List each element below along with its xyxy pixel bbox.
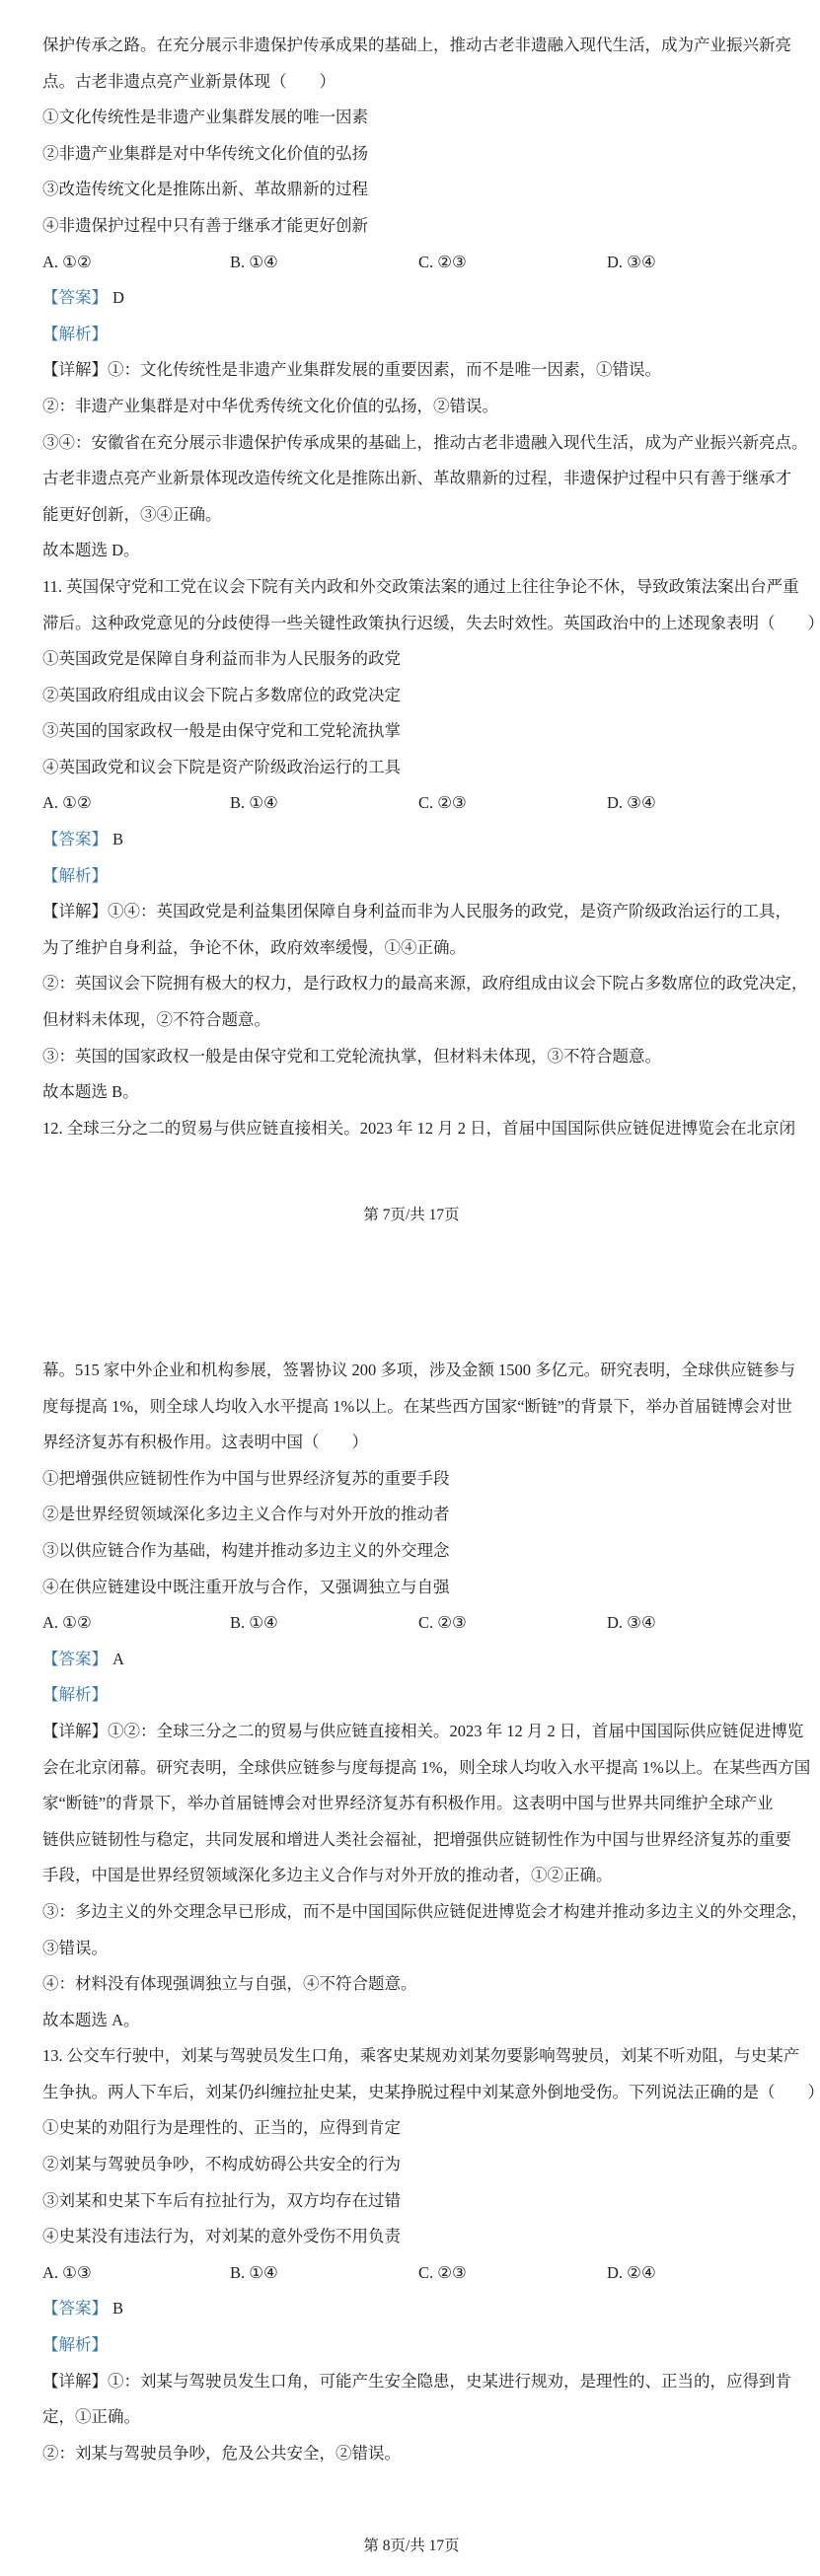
text-line: ③④：安徽省在充分展示非遗保护传承成果的基础上，推动古老非遗融入现代生活，成为产… [42,425,781,462]
text-line: ④史某没有违法行为，对刘某的意外受伤不用负责 [42,2219,781,2255]
text-line: 11. 英国保守党和工党在议会下院有关内政和外交政策法案的通过上往往争论不休，导… [42,569,781,606]
text-line: 【详解】①：刘某与驾驶员发生口角，可能产生安全隐患，史某进行规劝，是理性的、正当… [42,2364,781,2400]
text-line: 界经济复苏有积极作用。这表明中国（ ） [42,1425,781,1461]
text-line: 为了维护自身利益，争论不休，政府效率缓慢，①④正确。 [42,930,781,967]
options-row: A. ①② B. ①④ C. ②③ D. ③④ [42,245,781,281]
text-line: 生争执。两人下车后，刘某仍纠缠拉扯史某，史某挣脱过程中刘某意外倒地受伤。下列说法… [42,2075,781,2111]
option-a: A. ①② [42,1605,230,1642]
page-7: 保护传承之路。在充分展示非遗保护传承成果的基础上，推动古老非遗融入现代生活，成为… [0,0,820,1234]
page-footer: 第 7页/共 17页 [42,1198,781,1234]
analysis-label: 【解析】 [42,325,108,343]
text-line: ②刘某与驾驶员争吵，不构成妨碍公共安全的行为 [42,2147,781,2183]
text-line: ③：多边主义的外交理念早已形成，而不是中国国际供应链促进博览会才构建并推动多边主… [42,1894,781,1931]
option-c: C. ②③ [418,245,607,281]
answer-value: D [112,288,124,307]
text-line: 能更好创新，③④正确。 [42,497,781,534]
text-line: 手段，中国是世界经贸领域深化多边主义合作与对外开放的推动者，①②正确。 [42,1858,781,1894]
text-line: 故本题选 A。 [42,2003,781,2039]
answer-value: A [112,1650,124,1668]
answer-value: B [112,2299,123,2318]
option-b: B. ①④ [230,785,418,822]
answer-line: 【答案】A [42,1642,781,1678]
text-line: ③刘某和史某下车后有拉扯行为，双方均存在过错 [42,2183,781,2220]
option-d: D. ②④ [607,2255,781,2292]
text-line: ②是世界经贸领域深化多边主义合作与对外开放的推动者 [42,1497,781,1533]
answer-label: 【答案】 [42,830,108,848]
text-line: ④：材料没有体现强调独立与自强，④不符合题意。 [42,1966,781,2003]
analysis-line: 【解析】 [42,858,781,895]
text-line: 链供应链韧性与稳定，共同发展和增进人类社会福祉，把增强供应链韧性作为中国与世界经… [42,1822,781,1859]
text-line: ④非遗保护过程中只有善于继承才能更好创新 [42,208,781,245]
document: 保护传承之路。在充分展示非遗保护传承成果的基础上，推动古老非遗融入现代生活，成为… [0,0,820,2565]
page-footer: 第 8页/共 17页 [42,2529,781,2565]
text-line: 点。古老非遗点亮产业新景体现（ ） [42,64,781,101]
option-b: B. ①④ [230,2255,418,2292]
answer-label: 【答案】 [42,2299,108,2318]
text-line: 【详解】①：文化传统性是非遗产业集群发展的重要因素，而不是唯一因素，①错误。 [42,352,781,389]
text-line: 【详解】①②：全球三分之二的贸易与供应链直接相关。2023 年 12 月 2 日… [42,1714,781,1750]
text-line: 故本题选 D。 [42,533,781,569]
text-line: 但材料未体现，②不符合题意。 [42,1002,781,1039]
text-line: ①英国政党是保障自身利益而非为人民服务的政党 [42,641,781,678]
text-line: 古老非遗点亮产业新景体现改造传统文化是推陈出新、革故鼎新的过程，非遗保护过程中只… [42,461,781,497]
analysis-label: 【解析】 [42,2335,108,2354]
text-line: 故本题选 B。 [42,1074,781,1111]
analysis-label: 【解析】 [42,1685,108,1704]
text-line: ③：英国的国家政权一般是由保守党和工党轮流执掌，但材料未体现，③不符合题意。 [42,1039,781,1075]
answer-label: 【答案】 [42,288,108,307]
text-line: ①史某的劝阻行为是理性的、正当的，应得到肯定 [42,2110,781,2147]
option-d: D. ③④ [607,785,781,822]
text-line: ②非遗产业集群是对中华传统文化价值的弘扬 [42,136,781,173]
answer-label: 【答案】 [42,1650,108,1668]
analysis-line: 【解析】 [42,1677,781,1714]
text-line: ④英国政党和议会下院是资产阶级政治运行的工具 [42,750,781,786]
text-line: ①把增强供应链韧性作为中国与世界经济复苏的重要手段 [42,1461,781,1498]
text-line: ③英国的国家政权一般是由保守党和工党轮流执掌 [42,713,781,750]
text-line: 定，①正确。 [42,2399,781,2436]
answer-line: 【答案】D [42,280,781,317]
options-row: A. ①③ B. ①④ C. ②③ D. ②④ [42,2255,781,2292]
text-line: 会在北京闭幕。研究表明，全球供应链参与度每提高 1%，则全球人均收入水平提高 1… [42,1750,781,1787]
option-c: C. ②③ [418,1605,607,1642]
text-line: ③改造传统文化是推陈出新、革故鼎新的过程 [42,172,781,208]
option-c: C. ②③ [418,2255,607,2292]
options-row: A. ①② B. ①④ C. ②③ D. ③④ [42,1605,781,1642]
text-line: ③以供应链合作为基础，构建并推动多边主义的外交理念 [42,1533,781,1570]
answer-value: B [112,830,123,848]
text-line: ①文化传统性是非遗产业集群发展的唯一因素 [42,100,781,136]
option-a: A. ①② [42,245,230,281]
option-a: A. ①③ [42,2255,230,2292]
text-line: ②：非遗产业集群是对中华优秀传统文化价值的弘扬，②错误。 [42,389,781,425]
text-line: 幕。515 家中外企业和机构参展，签署协议 200 多项，涉及金额 1500 多… [42,1353,781,1389]
answer-line: 【答案】B [42,822,781,858]
option-d: D. ③④ [607,245,781,281]
option-c: C. ②③ [418,785,607,822]
option-d: D. ③④ [607,1605,781,1642]
text-line: 度每提高 1%，则全球人均收入水平提高 1%以上。在某些西方国家“断链”的背景下… [42,1389,781,1426]
text-line: 家“断链”的背景下，举办首届链博会对世界经济复苏有积极作用。这表明中国与世界共同… [42,1786,781,1822]
text-line: 【详解】①④：英国政党是利益集团保障自身利益而非为人民服务的政党，是资产阶级政治… [42,894,781,930]
option-b: B. ①④ [230,1605,418,1642]
options-row: A. ①② B. ①④ C. ②③ D. ③④ [42,785,781,822]
text-line: ②：刘某与驾驶员争吵，危及公共安全，②错误。 [42,2436,781,2472]
text-line: ③错误。 [42,1931,781,1967]
analysis-label: 【解析】 [42,866,108,885]
analysis-line: 【解析】 [42,2327,781,2364]
answer-line: 【答案】B [42,2291,781,2327]
text-line: 滞后。这种政党意见的分歧使得一些关键性政策执行迟缓，失去时效性。英国政治中的上述… [42,606,781,642]
text-line: 保护传承之路。在充分展示非遗保护传承成果的基础上，推动古老非遗融入现代生活，成为… [42,28,781,64]
text-line: 13. 公交车行驶中，刘某与驾驶员发生口角，乘客史某规劝刘某勿要影响驾驶员，刘某… [42,2038,781,2075]
option-a: A. ①② [42,785,230,822]
option-b: B. ①④ [230,245,418,281]
analysis-line: 【解析】 [42,317,781,353]
text-line: ④在供应链建设中既注重开放与合作，又强调独立与自强 [42,1570,781,1606]
text-line: ②：英国议会下院拥有极大的权力，是行政权力的最高来源，政府组成由议会下院占多数席… [42,966,781,1002]
text-line: ②英国政府组成由议会下院占多数席位的政党决定 [42,678,781,714]
page-8: 幕。515 家中外企业和机构参展，签署协议 200 多项，涉及金额 1500 多… [0,1353,820,2565]
text-line: 12. 全球三分之二的贸易与供应链直接相关。2023 年 12 月 2 日，首届… [42,1111,781,1147]
